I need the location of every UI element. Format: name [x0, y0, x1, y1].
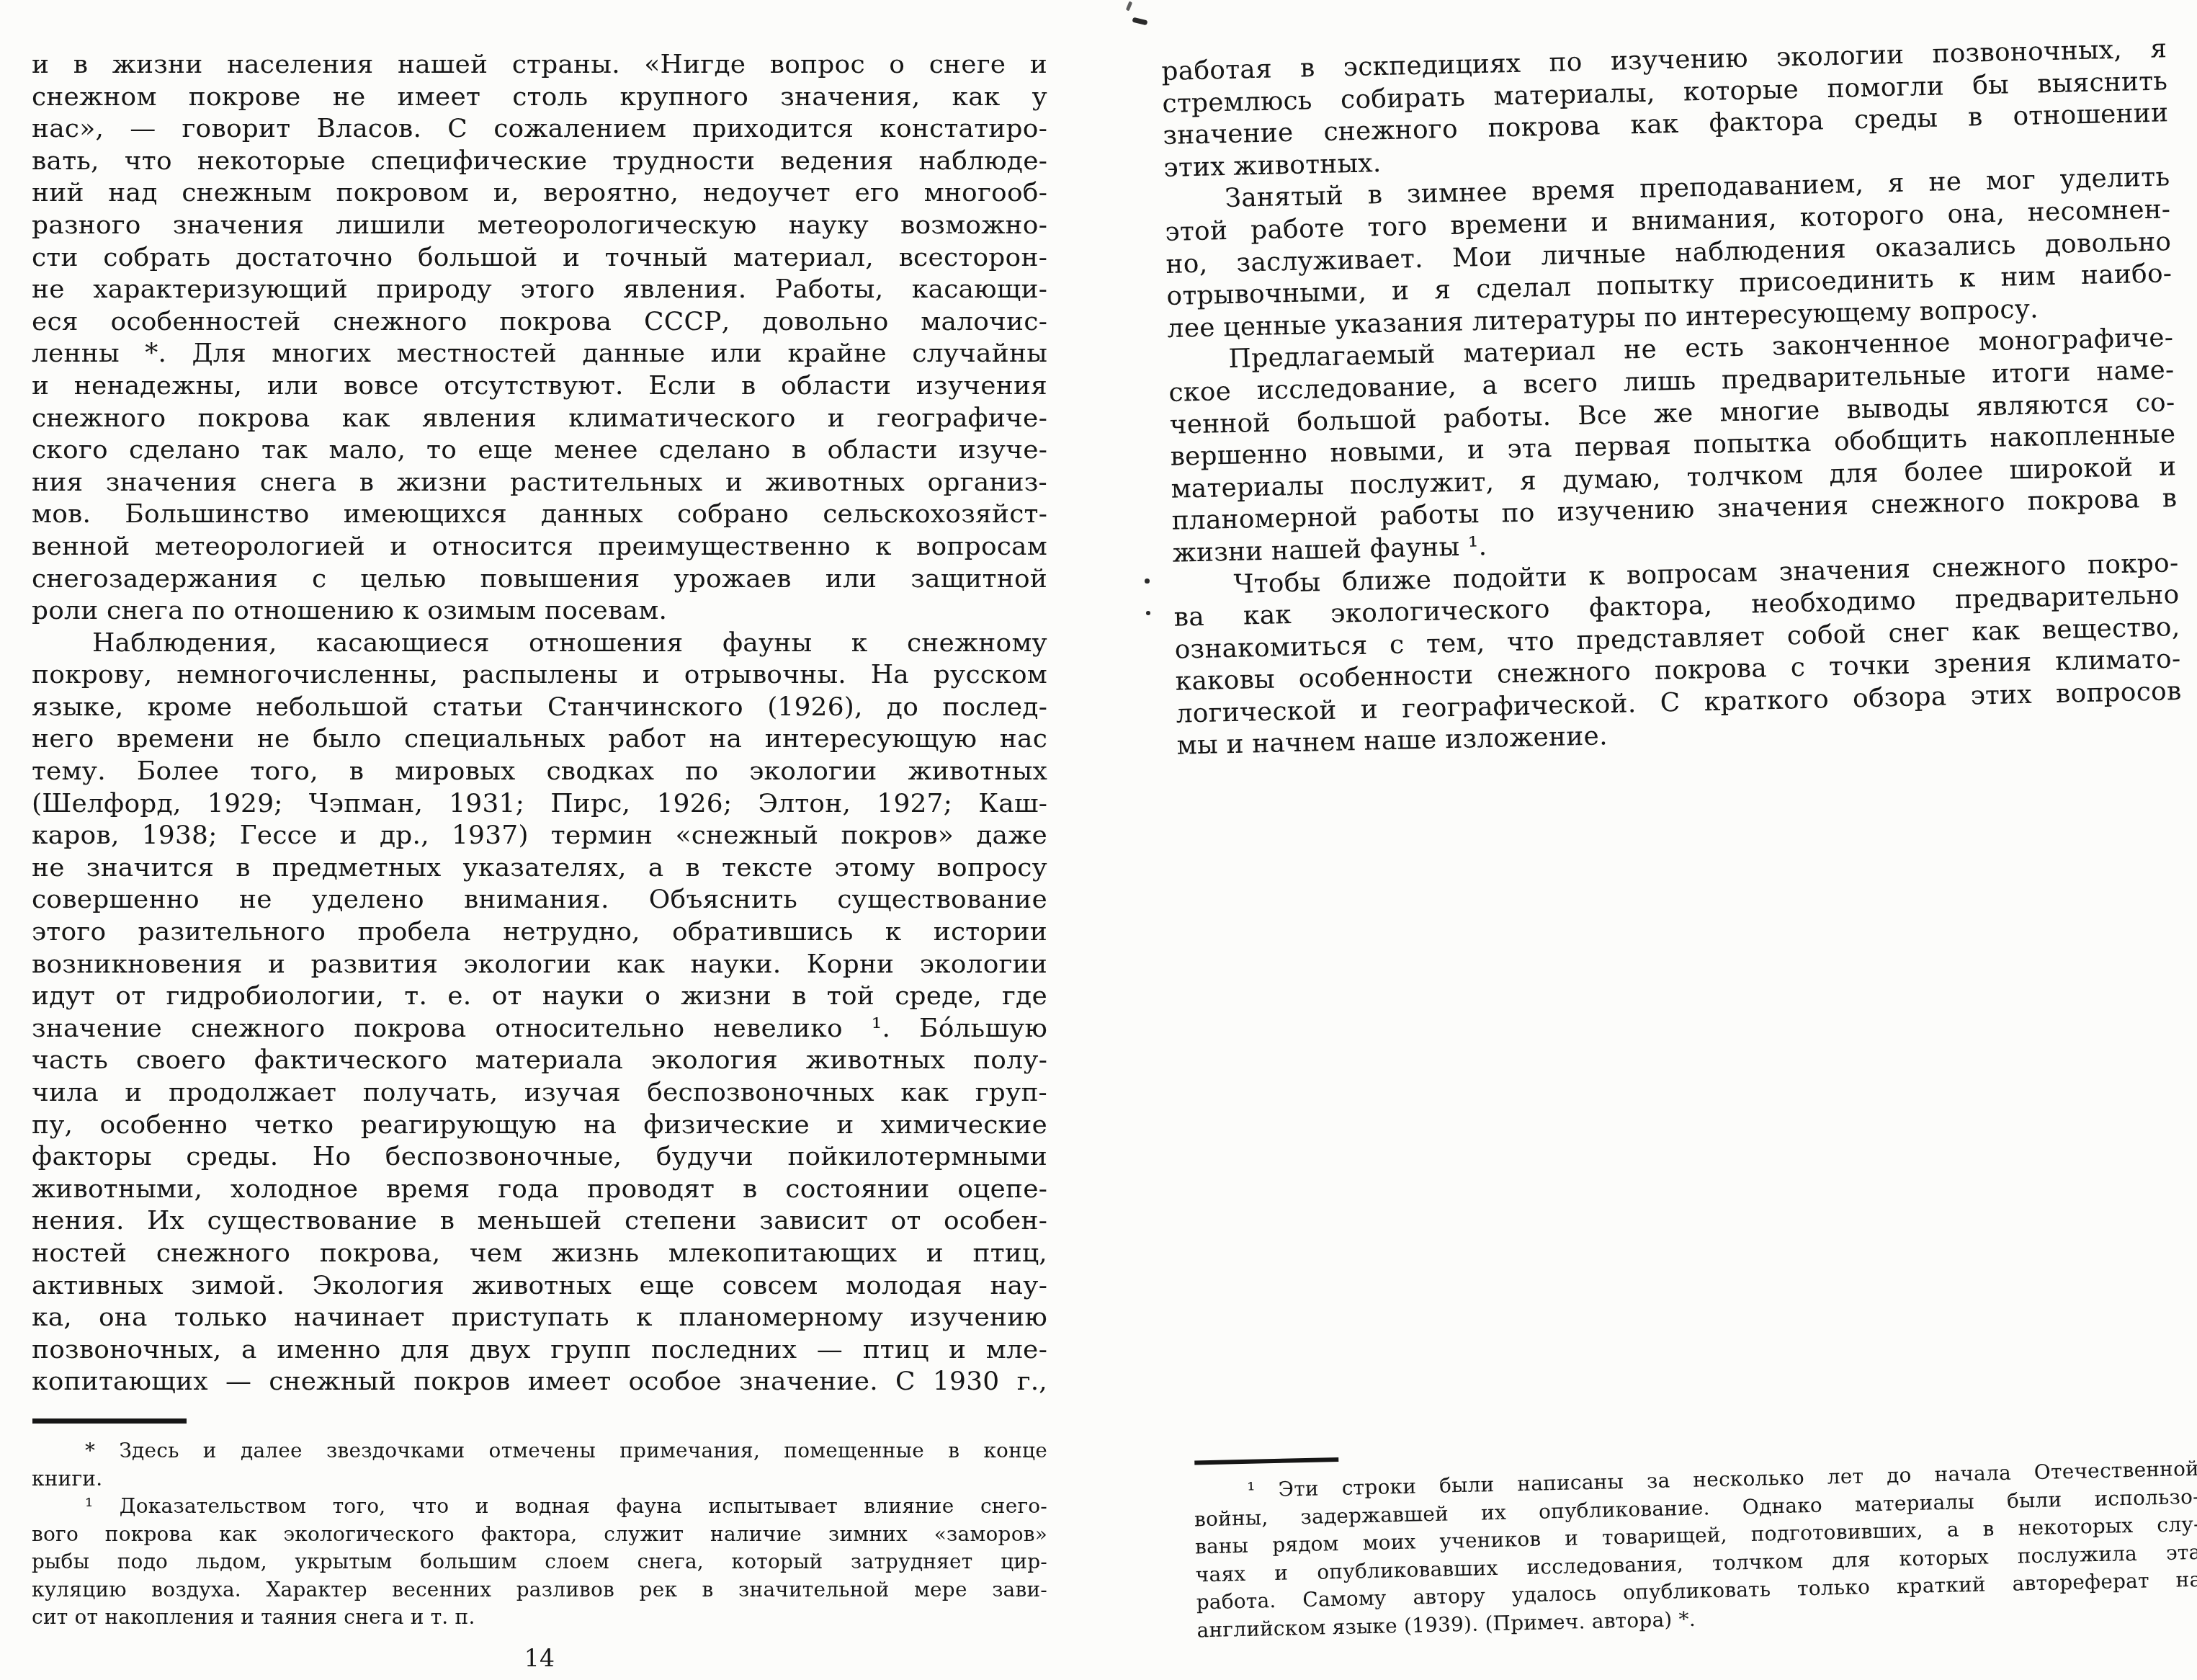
text-line: ностей снежного покрова, чем жизнь млеко… [32, 1238, 1047, 1270]
text-line: книги. [32, 1465, 1047, 1493]
text-line: не характеризующий природу этого явления… [32, 274, 1047, 306]
text-line: него времени не было специальных работ н… [32, 723, 1047, 756]
text-line: ¹ Доказательством того, что и водная фау… [32, 1493, 1047, 1521]
left-footnote-rule [32, 1418, 187, 1424]
text-line: нения. Их существование в меньшей степен… [32, 1205, 1047, 1238]
text-line: чила и продолжает получать, изучая беспо… [32, 1077, 1047, 1109]
text-line: ния значения снега в жизни растительных … [32, 467, 1047, 499]
text-line: тему. Более того, в мировых сводках по э… [32, 756, 1047, 788]
text-line: покрову, немногочисленны, распылены и от… [32, 659, 1047, 692]
text-line: и в жизни населения нашей страны. «Нигде… [32, 49, 1047, 81]
text-line: (Шелфорд, 1929; Чэпман, 1931; Пирс, 1926… [32, 788, 1047, 821]
right-page-footnotes: ¹ Эти строки были написаны за несколько … [1194, 1455, 2197, 1645]
right-page: работая в эскпедициях по изучению эколог… [1161, 33, 2197, 1669]
text-line: снежного покрова как явления климатическ… [32, 403, 1047, 435]
text-line: вого покрова как экологического фактора,… [32, 1521, 1047, 1549]
text-line: ний над снежным покровом и, вероятно, не… [32, 177, 1047, 210]
text-line: сит от накопления и таяния снега и т. п. [32, 1604, 1047, 1632]
text-line: часть своего фактического материала экол… [32, 1045, 1047, 1077]
text-line: пу, особенно четко реагирующую на физиче… [32, 1109, 1047, 1142]
text-line: ка, она только начинает приступать к пла… [32, 1302, 1047, 1334]
text-line: разного значения лишили метеорологическу… [32, 210, 1047, 242]
text-line: не значится в предметных указателях, а в… [32, 852, 1047, 885]
text-line: нас», — говорит Власов. С сожалением при… [32, 113, 1047, 146]
text-line: рыбы подо льдом, укрытым большим слоем с… [32, 1548, 1047, 1576]
scan-artifact-tick [1126, 1, 1133, 12]
left-page-body: и в жизни населения нашей страны. «Нигде… [32, 49, 1047, 1398]
text-line: Наблюдения, касающиеся отношения фауны к… [32, 627, 1047, 660]
text-line: роли снега по отношению к озимым посевам… [32, 595, 1047, 627]
right-page-body: работая в эскпедициях по изучению эколог… [1161, 33, 2183, 762]
page-number: 14 [32, 1644, 1047, 1672]
text-line: * Здесь и далее звездочками отмечены при… [32, 1437, 1047, 1465]
text-line: ленны *. Для многих местностей данные ил… [32, 338, 1047, 370]
text-line: и ненадежны, или вовсе отсутствуют. Если… [32, 370, 1047, 403]
text-line: сти собрать достаточно большой и точный … [32, 242, 1047, 274]
text-line: значение снежного покрова относительно н… [32, 1013, 1047, 1045]
text-line: каров, 1938; Гессе и др., 1937) термин «… [32, 820, 1047, 852]
text-line: идут от гидробиологии, т. е. от науки о … [32, 980, 1047, 1013]
text-line: еся особенностей снежного покрова СССР, … [32, 306, 1047, 339]
text-line: копитающих — снежный покров имеет особое… [32, 1366, 1047, 1398]
text-line: снегозадержания с целью повышения урожае… [32, 563, 1047, 596]
text-line: ского сделано так мало, то еще менее сде… [32, 434, 1047, 467]
scanned-book-spread: и в жизни населения нашей страны. «Нигде… [0, 0, 2197, 1680]
text-line: позвоночных, а именно для двух групп пос… [32, 1334, 1047, 1367]
text-line: животными, холодное время года проводят … [32, 1174, 1047, 1206]
text-line: совершенно не уделено внимания. Объяснит… [32, 884, 1047, 916]
text-line: вать, что некоторые специфические трудно… [32, 146, 1047, 178]
left-page-footnotes: * Здесь и далее звездочками отмечены при… [32, 1437, 1047, 1632]
text-line: этого разительного пробела нетрудно, обр… [32, 916, 1047, 949]
scan-artifact-dash [1132, 17, 1147, 26]
right-footnote-rule [1194, 1457, 1338, 1465]
text-line: венной метеорологией и относится преимущ… [32, 531, 1047, 563]
text-line: факторы среды. Но беспозвоночные, будучи… [32, 1141, 1047, 1174]
scan-artifact-dot [1146, 611, 1150, 615]
text-line: возникновения и развития экологии как на… [32, 949, 1047, 981]
text-line: куляцию воздуха. Характер весенних разли… [32, 1576, 1047, 1604]
text-line: активных зимой. Экология животных еще со… [32, 1270, 1047, 1303]
left-page: и в жизни населения нашей страны. «Нигде… [32, 0, 1047, 1680]
text-line: мов. Большинство имеющихся данных собран… [32, 499, 1047, 531]
text-line: языке, кроме небольшой статьи Станчинско… [32, 692, 1047, 724]
scan-artifact-dot [1145, 578, 1150, 584]
text-line: снежном покрове не имеет столь крупного … [32, 81, 1047, 114]
